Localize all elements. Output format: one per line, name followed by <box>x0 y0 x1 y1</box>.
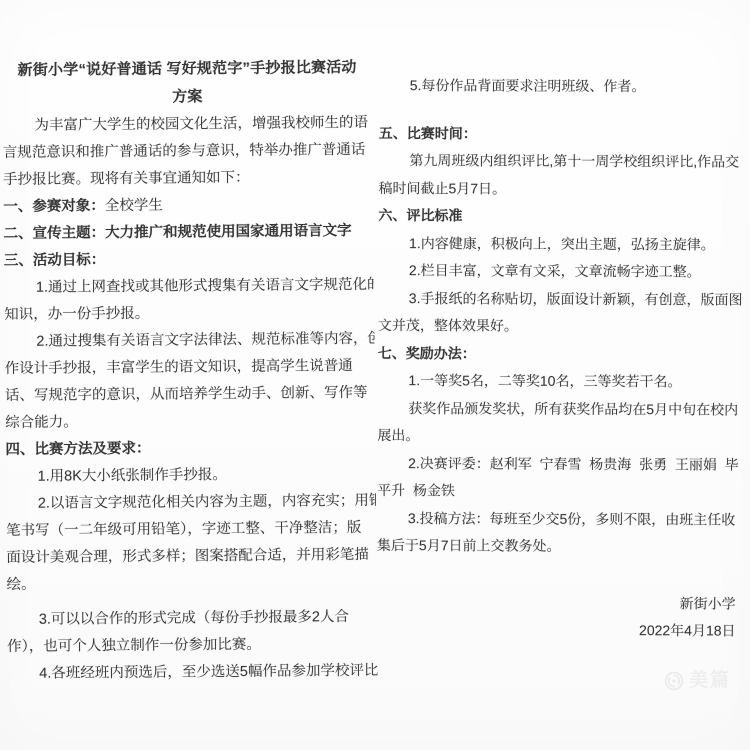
text-line: 2.决赛评委：赵利军 宁春雪 杨贵海 张勇 王丽娟 毕 <box>377 449 748 478</box>
text-line: 七、奖励办法： <box>378 339 749 368</box>
text-line: 集后于5月7日前上交教务处。 <box>377 532 748 561</box>
text-line: 获奖作品颁发奖状，所有获奖作品均在5月中旬在校内 <box>377 394 748 423</box>
left-column: 新街小学“说好普通话 写好规范字”手抄报比赛活动 方案 为丰富广大学生的校园文化… <box>2 54 377 688</box>
text-line: 1.用8K大小纸张制作手抄报。 <box>6 461 376 491</box>
text-line: 3.手报纸的名称贴切，版面设计新颖，有创意，版面图 <box>378 284 749 313</box>
text-line: 综合能力。 <box>5 407 375 437</box>
text-line: 四、比赛方法及要求： <box>5 434 375 464</box>
text-line: 二、宣传主题：大力推广和规范使用国家通用语言文字 <box>3 218 373 248</box>
text-line: 绘。 <box>6 569 376 599</box>
meipian-watermark: 美篇 <box>664 671 731 691</box>
text-line: 五、比赛时间： <box>379 119 750 148</box>
meipian-watermark-label: 美篇 <box>689 671 731 691</box>
document-photo: 新街小学“说好普通话 写好规范字”手抄报比赛活动 方案 为丰富广大学生的校园文化… <box>0 0 750 750</box>
text-line: 文并茂，整体效果好。 <box>378 312 749 341</box>
text-line: 3.投稿方法：每班至少交5份，多则不限，由班主任收 <box>377 504 748 533</box>
text-line: 作），也可个人独立制作一份参加比赛。 <box>7 631 377 661</box>
document-title-line1: 新街小学“说好普通话 写好规范字”手抄报比赛活动 <box>2 54 372 85</box>
text-line: 稿时间截止5月7日。 <box>378 174 749 203</box>
text-line: 1.通过上网查找或其他形式搜集有关语言文字规范化的 <box>4 272 374 302</box>
text-line: 2.以语言文字规范化相关内容为主题，内容充实；用钢 <box>6 488 376 518</box>
right-column-lines: 5.每份作品背面要求注明班级、作者。五、比赛时间：第九周班级内组织评比,第十一周… <box>377 72 750 561</box>
text-line: 六、评比标准 <box>378 202 749 231</box>
text-line: 3.可以以合作的形式完成（每份手抄报最多2人合 <box>7 604 377 634</box>
text-line: 知识，办一份手抄报。 <box>4 299 374 329</box>
text-line: 话、写规范字的意识，从而培养学生动手、创新、写作等 <box>5 380 375 410</box>
text-line: 笔书写（一二年级可用铅笔），字迹工整、干净整洁；版 <box>6 515 376 545</box>
text-line: 作设计手抄报，丰富学生的语文知识，提高学生说普通 <box>5 353 375 383</box>
document-title-line2: 方案 <box>2 82 372 113</box>
text-line: 5.每份作品背面要求注明班级、作者。 <box>379 72 750 101</box>
text-line: 4.各班经班内预选后，至少选送5幅作品参加学校评比 <box>7 658 377 688</box>
text-line: 1.一等奖5名，二等奖10名，三等奖若干名。 <box>378 367 749 396</box>
text-line: 2.栏目丰富，文章有文采，文章流畅字迹工整。 <box>378 257 749 286</box>
left-column-lines: 为丰富广大学生的校园文化生活，增强我校师生的语言规范意识和推广普通话的参与意识，… <box>2 110 377 688</box>
text-line: 手抄报比赛。现将有关事宜通知如下： <box>3 164 373 194</box>
text-line: 展出。 <box>377 422 748 451</box>
signature-school: 新街小学 <box>377 588 748 617</box>
text-line: 言规范意识和推广普通话的参与意识，特举办推广普通话 <box>3 137 373 167</box>
signature-date: 2022年4月18日 <box>377 616 748 645</box>
text-line: 一、参赛对象：全校学生 <box>3 191 373 221</box>
text-line: 第九周班级内组织评比,第十一周学校组织评比,作品交 <box>379 147 750 176</box>
text-line: 2.通过搜集有关语言文字法律法、规范标准等内容，创 <box>4 326 374 356</box>
right-column: 5.每份作品背面要求注明班级、作者。五、比赛时间：第九周班级内组织评比,第十一周… <box>377 72 750 645</box>
text-line: 1.内容健康，积极向上，突出主题，弘扬主旋律。 <box>378 229 749 258</box>
text-line: 平升 杨金铁 <box>377 477 748 506</box>
text-line: 为丰富广大学生的校园文化生活，增强我校师生的语 <box>2 110 372 140</box>
meipian-logo-icon <box>664 671 684 691</box>
text-line: 三、活动目标： <box>4 245 374 275</box>
text-line: 面设计美观合理，形式多样；图案搭配合适，并用彩笔描 <box>6 542 376 572</box>
